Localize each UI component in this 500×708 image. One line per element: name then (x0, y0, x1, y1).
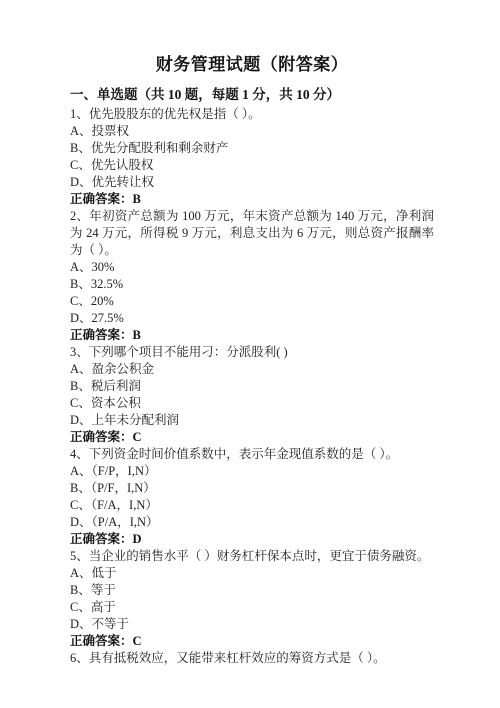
option-item: B、（P/F，I,N） (70, 480, 434, 497)
option-item: B、优先分配股利和剩余财产 (70, 140, 434, 157)
option-item: A、低于 (70, 565, 434, 582)
answer-value: B (133, 192, 141, 206)
option-item: B、税后利润 (70, 378, 434, 395)
question-stem: 5、当企业的销售水平（ ）财务杠杆保本点时，更宜于债务融资。 (70, 548, 434, 565)
question-block: 5、当企业的销售水平（ ）财务杠杆保本点时，更宜于债务融资。A、低于B、等于C、… (70, 548, 434, 650)
question-stem: 3、下列哪个项目不能用刁：分派股利( ) (70, 344, 434, 361)
exam-page: 财务管理试题（附答案） 一、单选题（共 10 题，每题 1 分，共 10 分） … (0, 0, 500, 708)
question-stem: 1、优先股股东的优先权是指（ ）。 (70, 106, 434, 123)
answer-label: 正确答案： (70, 532, 133, 546)
question-list: 1、优先股股东的优先权是指（ ）。A、投票权B、优先分配股利和剩余财产C、优先认… (70, 106, 434, 667)
option-item: D、上年未分配利润 (70, 412, 434, 429)
option-item: C、优先认股权 (70, 157, 434, 174)
answer-value: C (133, 430, 142, 444)
page-title: 财务管理试题（附答案） (70, 54, 434, 76)
answer-label: 正确答案： (70, 328, 133, 342)
option-item: D、不等于 (70, 616, 434, 633)
option-item: B、32.5% (70, 276, 434, 293)
option-item: C、资本公积 (70, 395, 434, 412)
option-item: A、盈余公积金 (70, 361, 434, 378)
section-heading: 一、单选题（共 10 题，每题 1 分，共 10 分） (70, 85, 434, 104)
answer-value: B (133, 328, 141, 342)
option-item: C、（F/A，I,N） (70, 497, 434, 514)
answer-line: 正确答案：D (70, 531, 434, 548)
question-stem: 2、年初资产总额为 100 万元，年末资产总额为 140 万元，净利润为 24 … (70, 208, 434, 259)
question-block: 3、下列哪个项目不能用刁：分派股利( )A、盈余公积金B、税后利润C、资本公积D… (70, 344, 434, 446)
question-block: 4、下列资金时间价值系数中，表示年金现值系数的是（ ）。A、（F/P，I,N）B… (70, 446, 434, 548)
question-block: 2、年初资产总额为 100 万元，年末资产总额为 140 万元，净利润为 24 … (70, 208, 434, 344)
answer-value: C (133, 634, 142, 648)
answer-line: 正确答案：B (70, 191, 434, 208)
option-item: D、27.5% (70, 310, 434, 327)
answer-line: 正确答案：C (70, 633, 434, 650)
question-stem: 4、下列资金时间价值系数中，表示年金现值系数的是（ ）。 (70, 446, 434, 463)
question-block: 6、具有抵税效应，又能带来杠杆效应的筹资方式是（ ）。 (70, 650, 434, 667)
option-item: A、投票权 (70, 123, 434, 140)
option-item: A、30% (70, 259, 434, 276)
option-item: C、高于 (70, 599, 434, 616)
question-block: 1、优先股股东的优先权是指（ ）。A、投票权B、优先分配股利和剩余财产C、优先认… (70, 106, 434, 208)
answer-label: 正确答案： (70, 192, 133, 206)
answer-label: 正确答案： (70, 634, 133, 648)
answer-value: D (133, 532, 142, 546)
option-item: B、等于 (70, 582, 434, 599)
option-item: D、（P/A，I,N） (70, 514, 434, 531)
option-item: C、20% (70, 293, 434, 310)
question-stem: 6、具有抵税效应，又能带来杠杆效应的筹资方式是（ ）。 (70, 650, 434, 667)
answer-line: 正确答案：B (70, 327, 434, 344)
answer-line: 正确答案：C (70, 429, 434, 446)
answer-label: 正确答案： (70, 430, 133, 444)
option-item: D、优先转让权 (70, 174, 434, 191)
option-item: A、（F/P，I,N） (70, 463, 434, 480)
